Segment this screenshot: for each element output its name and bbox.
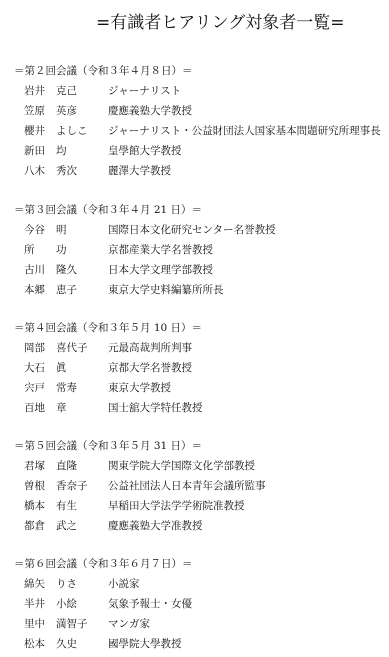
section-header: ＝第６回会議（令和３年６月７日）＝ xyxy=(14,554,389,574)
person-row: 岩井 克己 ジャーナリスト xyxy=(14,81,389,101)
person-row: 君塚 直隆 関東学院大学国際文化学部教授 xyxy=(14,456,389,476)
role: 国際日本文化研究センター名誉教授 xyxy=(108,220,389,240)
role: 慶應義塾大学准教授 xyxy=(108,516,389,536)
surname: 宍戸 xyxy=(24,378,56,398)
meeting-section-2: ＝第２回会議（令和３年４月８日）＝ 岩井 克己 ジャーナリスト 笠原 英彦 慶應… xyxy=(14,61,389,181)
role: 皇學館大学教授 xyxy=(108,141,389,161)
role: 東京大学史料編纂所所長 xyxy=(108,280,389,300)
person-row: 曽根 香奈子 公益社団法人日本青年会議所監事 xyxy=(14,476,389,496)
role: 京都産業大学名誉教授 xyxy=(108,240,389,260)
meeting-section-5: ＝第５回会議（令和３年５月 31 日）＝ 君塚 直隆 関東学院大学国際文化学部教… xyxy=(14,436,389,536)
given-name: 有生 xyxy=(56,496,108,516)
surname: 今谷 xyxy=(24,220,56,240)
person-row: 里中 満智子 マンガ家 xyxy=(14,614,389,634)
section-header: ＝第３回会議（令和３年４月 21 日）＝ xyxy=(14,200,389,220)
role: 公益社団法人日本青年会議所監事 xyxy=(108,476,389,496)
given-name: 喜代子 xyxy=(56,338,108,358)
given-name: 眞 xyxy=(56,358,108,378)
role: 小説家 xyxy=(108,574,389,594)
meeting-section-6: ＝第６回会議（令和３年６月７日）＝ 綿矢 りさ 小説家 半井 小絵 気象予報士・… xyxy=(14,554,389,654)
given-name: 秀次 xyxy=(56,161,108,181)
given-name: 功 xyxy=(56,240,108,260)
person-row: 櫻井 よしこ ジャーナリスト・公益財団法人国家基本問題研究所理事長 xyxy=(14,121,389,141)
role: 日本大学文理学部教授 xyxy=(108,260,389,280)
person-row: 岡部 喜代子 元最高裁判所判事 xyxy=(14,338,389,358)
role: 気象予報士・女優 xyxy=(108,594,389,614)
person-row: 今谷 明 国際日本文化研究センター名誉教授 xyxy=(14,220,389,240)
given-name: 直隆 xyxy=(56,456,108,476)
role: 国士舘大学特任教授 xyxy=(108,398,389,418)
given-name: 武之 xyxy=(56,516,108,536)
role: ジャーナリスト xyxy=(108,81,389,101)
role: 國學院大學教授 xyxy=(108,634,389,654)
section-header: ＝第２回会議（令和３年４月８日）＝ xyxy=(14,61,389,81)
person-row: 都倉 武之 慶應義塾大学准教授 xyxy=(14,516,389,536)
surname: 笠原 xyxy=(24,101,56,121)
surname: 櫻井 xyxy=(24,121,56,141)
person-row: 百地 章 国士舘大学特任教授 xyxy=(14,398,389,418)
person-row: 新田 均 皇學館大学教授 xyxy=(14,141,389,161)
person-row: 八木 秀次 麗澤大学教授 xyxy=(14,161,389,181)
person-row: 大石 眞 京都大学名誉教授 xyxy=(14,358,389,378)
given-name: 香奈子 xyxy=(56,476,108,496)
surname: 君塚 xyxy=(24,456,56,476)
surname: 新田 xyxy=(24,141,56,161)
page-title: =有識者ヒアリング対象者一覧= xyxy=(96,8,344,33)
role: ジャーナリスト・公益財団法人国家基本問題研究所理事長 xyxy=(108,121,389,141)
given-name: 常寿 xyxy=(56,378,108,398)
surname: 橋本 xyxy=(24,496,56,516)
surname: 古川 xyxy=(24,260,56,280)
role: 京都大学名誉教授 xyxy=(108,358,389,378)
given-name: 満智子 xyxy=(56,614,108,634)
person-row: 本郷 恵子 東京大学史料編纂所所長 xyxy=(14,280,389,300)
surname: 八木 xyxy=(24,161,56,181)
given-name: 小絵 xyxy=(56,594,108,614)
person-row: 綿矢 りさ 小説家 xyxy=(14,574,389,594)
role: 慶應義塾大学教授 xyxy=(108,101,389,121)
person-row: 半井 小絵 気象予報士・女優 xyxy=(14,594,389,614)
surname: 百地 xyxy=(24,398,56,418)
role: 関東学院大学国際文化学部教授 xyxy=(108,456,389,476)
meeting-section-3: ＝第３回会議（令和３年４月 21 日）＝ 今谷 明 国際日本文化研究センター名誉… xyxy=(14,200,389,300)
surname: 綿矢 xyxy=(24,574,56,594)
surname: 松本 xyxy=(24,634,56,654)
given-name: 久史 xyxy=(56,634,108,654)
role: 早稲田大学法学学術院准教授 xyxy=(108,496,389,516)
section-header: ＝第５回会議（令和３年５月 31 日）＝ xyxy=(14,436,389,456)
surname: 所 xyxy=(24,240,56,260)
given-name: 均 xyxy=(56,141,108,161)
meeting-section-4: ＝第４回会議（令和３年５月 10 日）＝ 岡部 喜代子 元最高裁判所判事 大石 … xyxy=(14,318,389,418)
surname: 里中 xyxy=(24,614,56,634)
person-row: 橋本 有生 早稲田大学法学学術院准教授 xyxy=(14,496,389,516)
surname: 曽根 xyxy=(24,476,56,496)
role: マンガ家 xyxy=(108,614,389,634)
surname: 岩井 xyxy=(24,81,56,101)
given-name: りさ xyxy=(56,574,108,594)
person-row: 古川 隆久 日本大学文理学部教授 xyxy=(14,260,389,280)
role: 元最高裁判所判事 xyxy=(108,338,389,358)
given-name: 隆久 xyxy=(56,260,108,280)
given-name: 英彦 xyxy=(56,101,108,121)
surname: 本郷 xyxy=(24,280,56,300)
given-name: 恵子 xyxy=(56,280,108,300)
person-row: 笠原 英彦 慶應義塾大学教授 xyxy=(14,101,389,121)
surname: 都倉 xyxy=(24,516,56,536)
person-row: 松本 久史 國學院大學教授 xyxy=(14,634,389,654)
role: 東京大学教授 xyxy=(108,378,389,398)
section-header: ＝第４回会議（令和３年５月 10 日）＝ xyxy=(14,318,389,338)
given-name: 章 xyxy=(56,398,108,418)
given-name: よしこ xyxy=(56,121,108,141)
surname: 大石 xyxy=(24,358,56,378)
given-name: 克己 xyxy=(56,81,108,101)
given-name: 明 xyxy=(56,220,108,240)
person-row: 所 功 京都産業大学名誉教授 xyxy=(14,240,389,260)
role: 麗澤大学教授 xyxy=(108,161,389,181)
person-row: 宍戸 常寿 東京大学教授 xyxy=(14,378,389,398)
surname: 岡部 xyxy=(24,338,56,358)
surname: 半井 xyxy=(24,594,56,614)
